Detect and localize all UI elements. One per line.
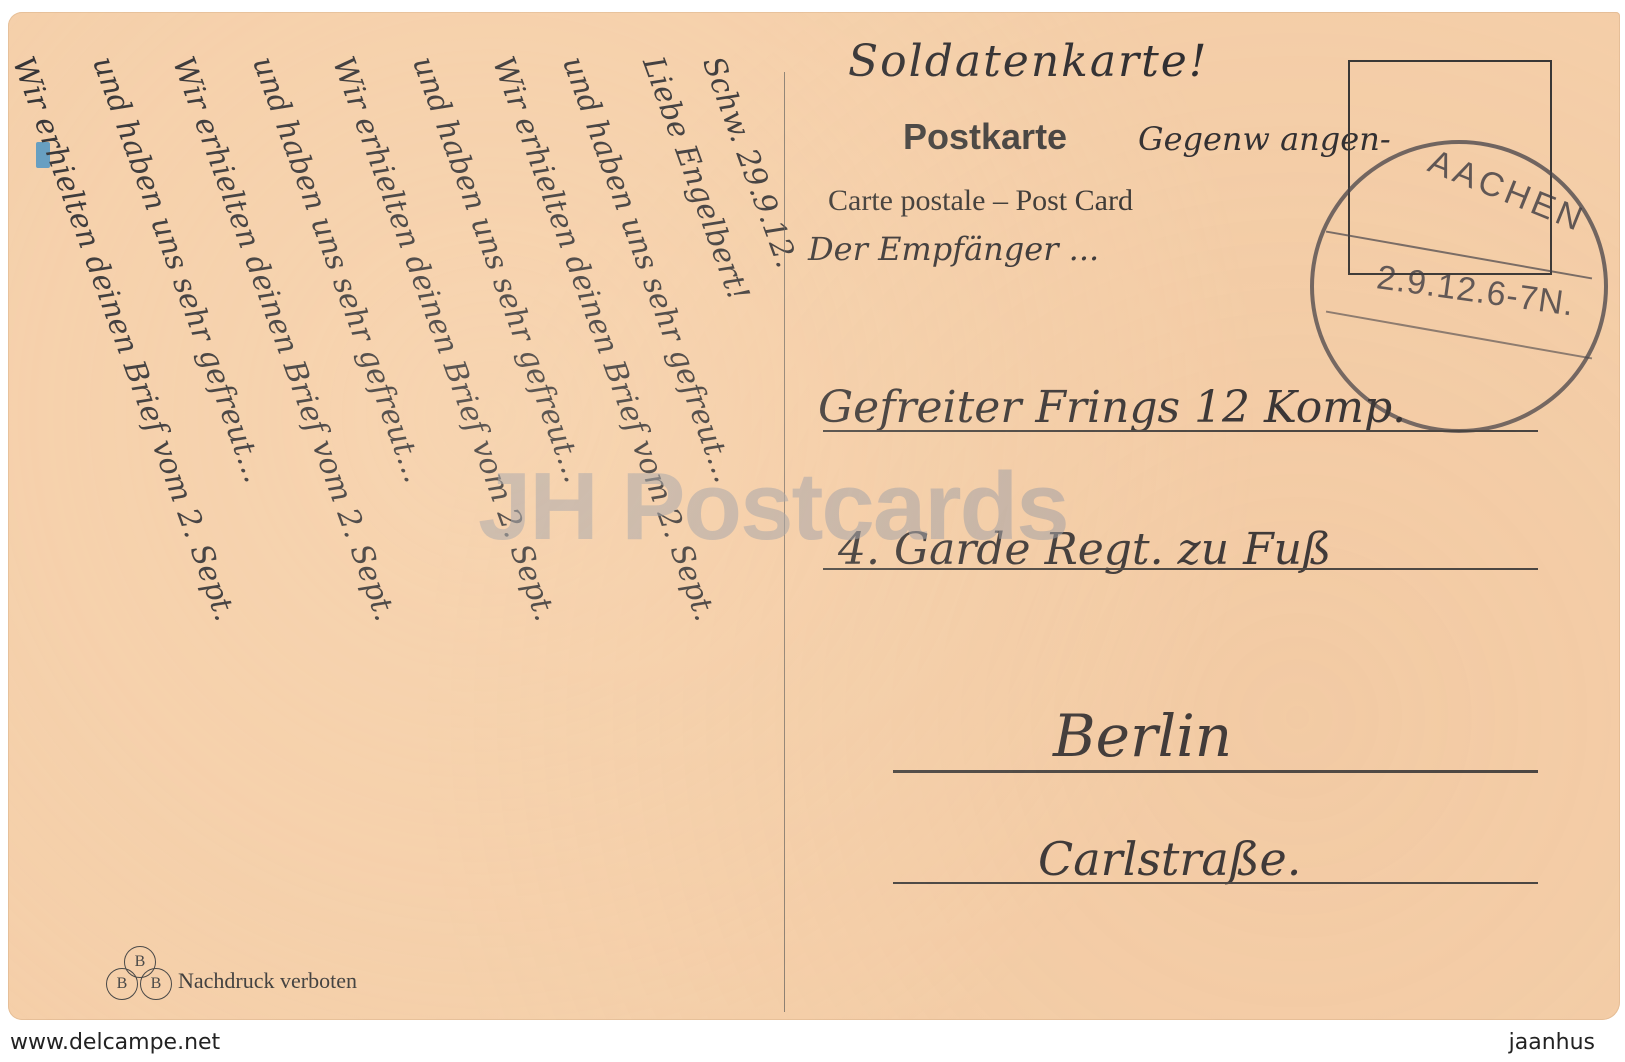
source-credit: www.delcampe.net <box>10 1030 220 1055</box>
handwritten-note-2: Der Empfänger ... <box>808 230 1099 268</box>
address-rule <box>823 568 1538 570</box>
address-line-1: Gefreiter Frings 12 Komp. <box>818 382 1406 433</box>
address-rule <box>893 770 1538 773</box>
postmark-city: AACHEN <box>1423 142 1591 240</box>
seller-credit: jaanhus <box>1509 1030 1595 1055</box>
postkarte-subtitle: Carte postale – Post Card <box>828 184 1133 218</box>
heading-underline <box>850 88 1250 91</box>
address-city: Berlin <box>1053 702 1232 770</box>
printer-notice: Nachdruck verboten <box>178 968 357 994</box>
postcard: Wir erhielten deinen Brief vom 2. Sept. … <box>8 12 1620 1020</box>
soldatenkarte-heading: Soldatenkarte! <box>848 36 1209 87</box>
postkarte-title: Postkarte <box>903 116 1067 158</box>
address-rule <box>893 882 1538 884</box>
logo-letter: B <box>140 968 172 1000</box>
postmark-date: 2.9.12.6-7N. <box>1374 258 1577 324</box>
printer-logo: B B B <box>106 946 172 1002</box>
address-street: Carlstraße. <box>1038 832 1301 886</box>
address-rule <box>823 430 1538 432</box>
watermark: JH Postcards <box>478 452 1068 562</box>
logo-letter: B <box>106 968 138 1000</box>
